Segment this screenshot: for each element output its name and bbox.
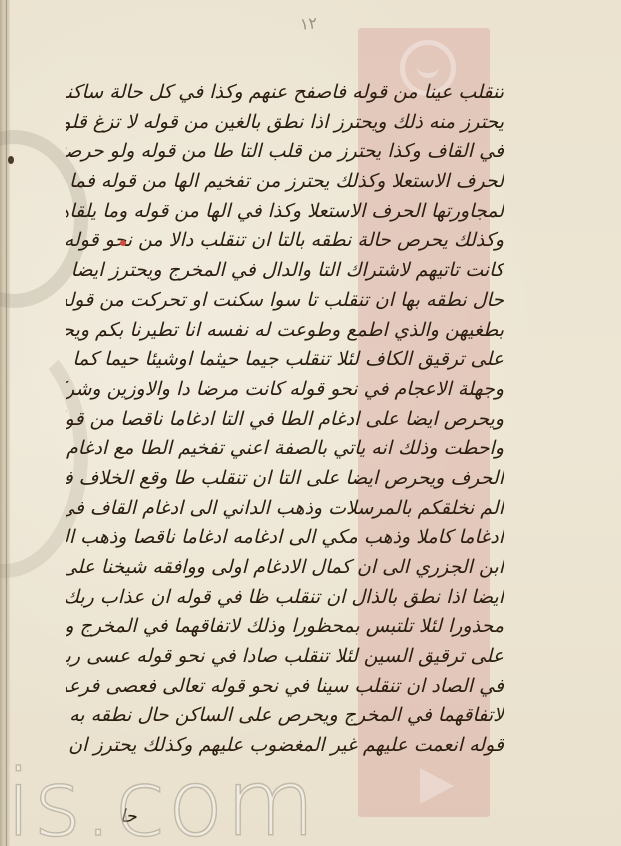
text-line: على ترقيق الكاف لئلا تنقلب جيما حيثما او… xyxy=(66,345,504,375)
text-line: الم نخلقكم بالمرسلات وذهب الداني الى ادغ… xyxy=(66,494,504,524)
text-line: تنقلب عينا من قوله فاصفح عنهم وكذا في كل… xyxy=(66,78,504,108)
text-line: لاتفاقهما في المخرج ويحرص على الساكن حال… xyxy=(66,701,504,731)
text-line: واحطت وذلك انه ياتي بالصفة اعني تفخيم ال… xyxy=(66,434,504,464)
text-line: حال نطقه بها ان تنقلب تا سوا سكنت او تحر… xyxy=(66,286,504,316)
text-line: في القاف وكذا يحترز من قلب التا طا من قو… xyxy=(66,137,504,167)
watermark-logo-inner xyxy=(417,59,439,78)
manuscript-page: ١٢ تنقلب عينا من قوله فاصفح عنهم وكذا في… xyxy=(0,0,621,846)
text-line: ويحرص ايضا على ادغام الطا في التا ادغاما… xyxy=(66,405,504,435)
text-line: لمجاورتها الحرف الاستعلا وكذا في الها من… xyxy=(66,197,504,227)
folio-number: ١٢ xyxy=(299,13,318,34)
text-line: وكذلك يحرص حالة نطقه بالتا ان تنقلب دالا… xyxy=(66,226,504,256)
watermark-text: is.com xyxy=(6,758,317,846)
text-line: الحرف ويحرص ايضا على التا ان تنقلب طا وق… xyxy=(66,464,504,494)
ink-blot xyxy=(8,156,14,164)
text-line: يحترز منه ذلك ويحترز اذا نطق بالغين من ق… xyxy=(66,108,504,138)
text-line: لحرف الاستعلا وكذلك يحترز من تفخيم الها … xyxy=(66,167,504,197)
text-line: محذورا لئلا تلتبس بمحظورا وذلك لاتفاقهما… xyxy=(66,612,504,642)
watermark-arrow-icon xyxy=(420,768,454,804)
text-line: على ترقيق السين لئلا تنقلب صادا في نحو ق… xyxy=(66,642,504,672)
text-line: كانت تاتيهم لاشتراك التا والدال في المخر… xyxy=(66,256,504,286)
text-line: ابن الجزري الى ان كمال الادغام اولى وواف… xyxy=(66,553,504,583)
text-line: في الصاد ان تنقلب سينا في نحو قوله تعالى… xyxy=(66,672,504,702)
text-line: ايضا اذا نطق بالذال ان تنقلب ظا في قوله … xyxy=(66,583,504,613)
text-line: بطغيهن والذي اطمع وطوعت له نفسه انا تطير… xyxy=(66,316,504,346)
text-line: ادغاما كاملا وذهب مكي الى ادغامه ادغاما … xyxy=(66,523,504,553)
text-line: وجهلة الاعجام في نحو قوله كانت مرضا دا و… xyxy=(66,375,504,405)
rubric-dot xyxy=(120,240,126,246)
manuscript-text: تنقلب عينا من قوله فاصفح عنهم وكذا في كل… xyxy=(66,78,504,761)
